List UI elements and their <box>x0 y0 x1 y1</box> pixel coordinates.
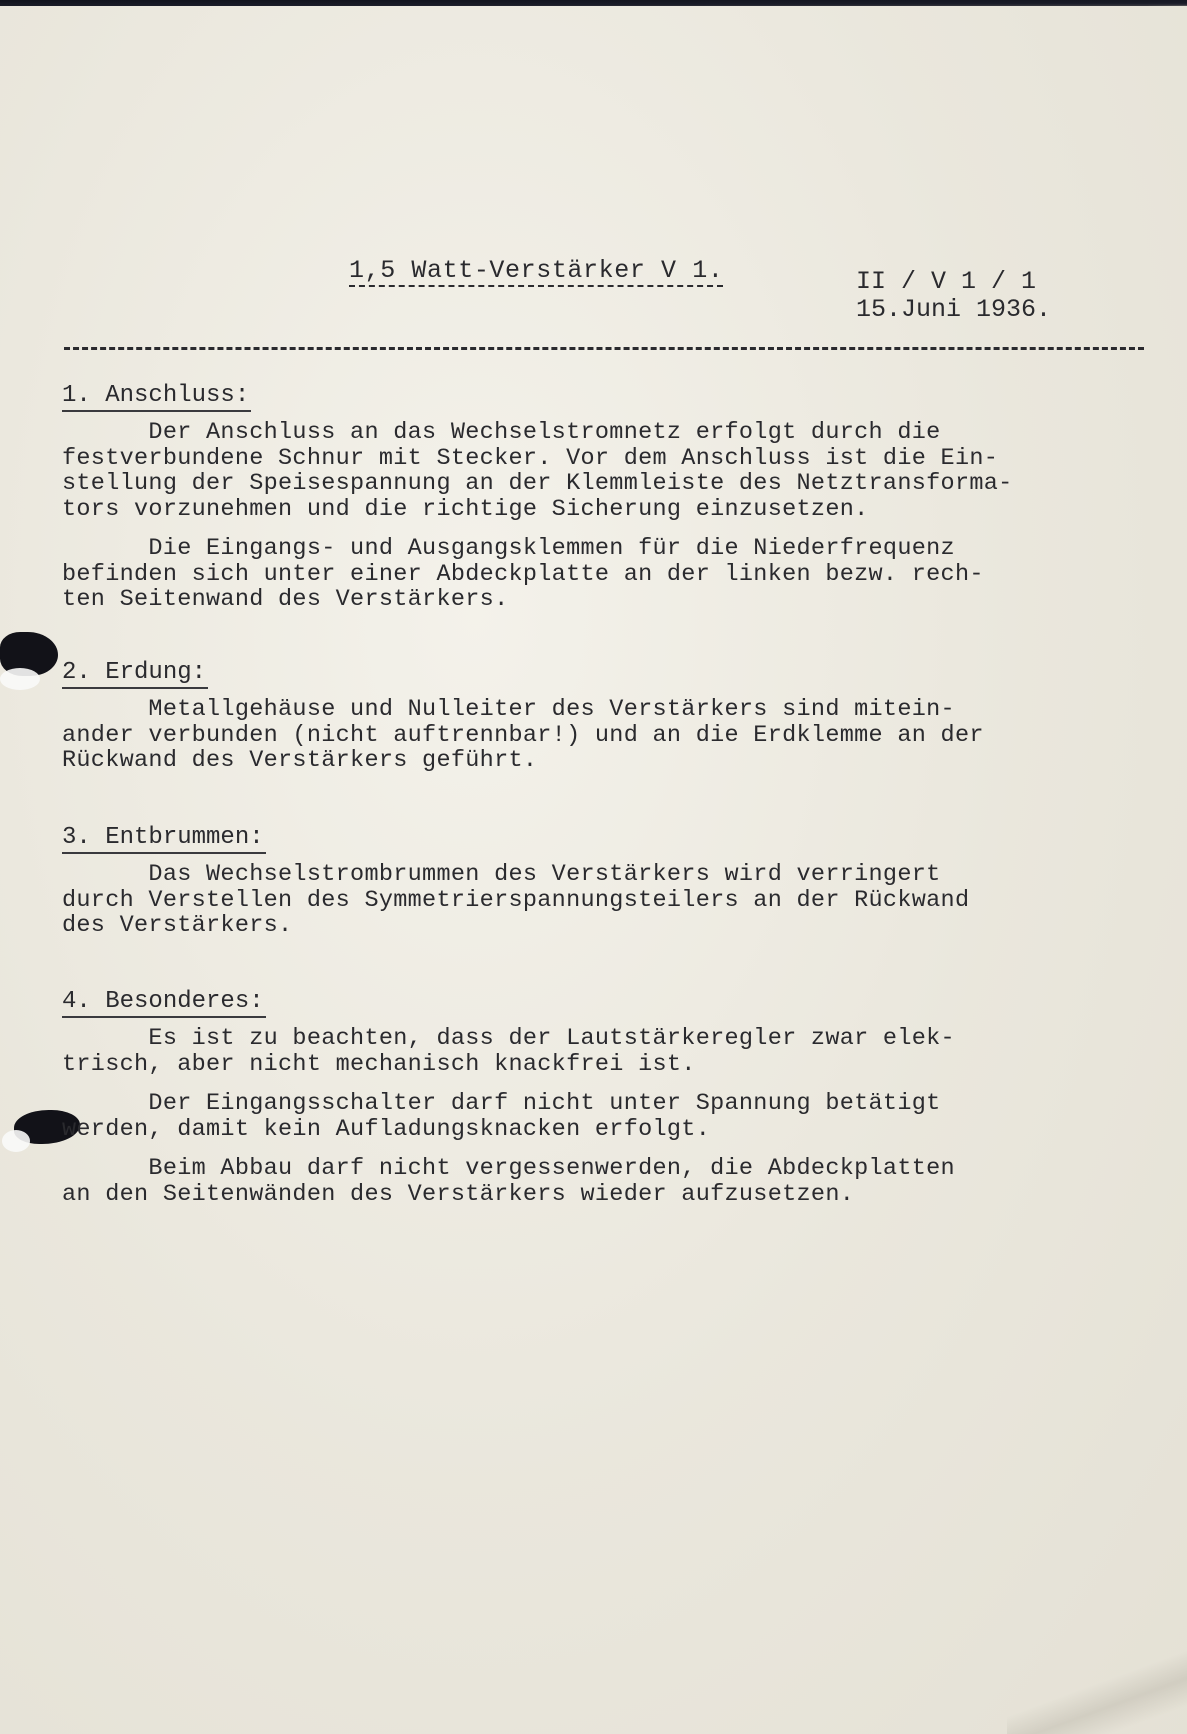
section-entbrummen: 3. Entbrummen: Das Wechselstrombrummen d… <box>62 825 1102 953</box>
section-besonderes: 4. Besonderes: Es ist zu beachten, dass … <box>62 989 1102 1221</box>
section-anschluss: 1. Anschluss: Der Anschluss an das Wechs… <box>62 383 1102 627</box>
document-title: 1,5 Watt-Verstärker V 1. <box>349 258 723 287</box>
paragraph: Der Eingangsschalter darf nicht unter Sp… <box>62 1091 1102 1142</box>
punch-hole-tear-upper <box>0 668 40 690</box>
paper-crease <box>1007 1614 1187 1734</box>
paragraph: Es ist zu beachten, dass der Lautstärker… <box>62 1026 1102 1077</box>
paragraph: Der Anschluss an das Wechselstromnetz er… <box>62 420 1102 522</box>
document-reference-block: II / V 1 / 1 15.Juni 1936. <box>856 268 1051 324</box>
paragraph: Beim Abbau darf nicht vergessenwerden, d… <box>62 1156 1102 1207</box>
section-heading: 4. Besonderes: <box>62 989 266 1018</box>
section-erdung: 2. Erdung: Metallgehäuse und Nulleiter d… <box>62 660 1102 788</box>
section-heading: 1. Anschluss: <box>62 383 251 412</box>
paragraph: Metallgehäuse und Nulleiter des Verstärk… <box>62 697 1102 774</box>
section-heading: 2. Erdung: <box>62 660 208 689</box>
dashed-separator <box>64 347 1144 350</box>
paragraph: Das Wechselstrombrummen des Verstärkers … <box>62 862 1102 939</box>
document-date: 15.Juni 1936. <box>856 295 1051 324</box>
reference-number: II / V 1 / 1 <box>856 267 1036 296</box>
paragraph: Die Eingangs- und Ausgangsklemmen für di… <box>62 536 1102 613</box>
section-heading: 3. Entbrummen: <box>62 825 266 854</box>
punch-hole-tear-lower <box>2 1130 30 1152</box>
